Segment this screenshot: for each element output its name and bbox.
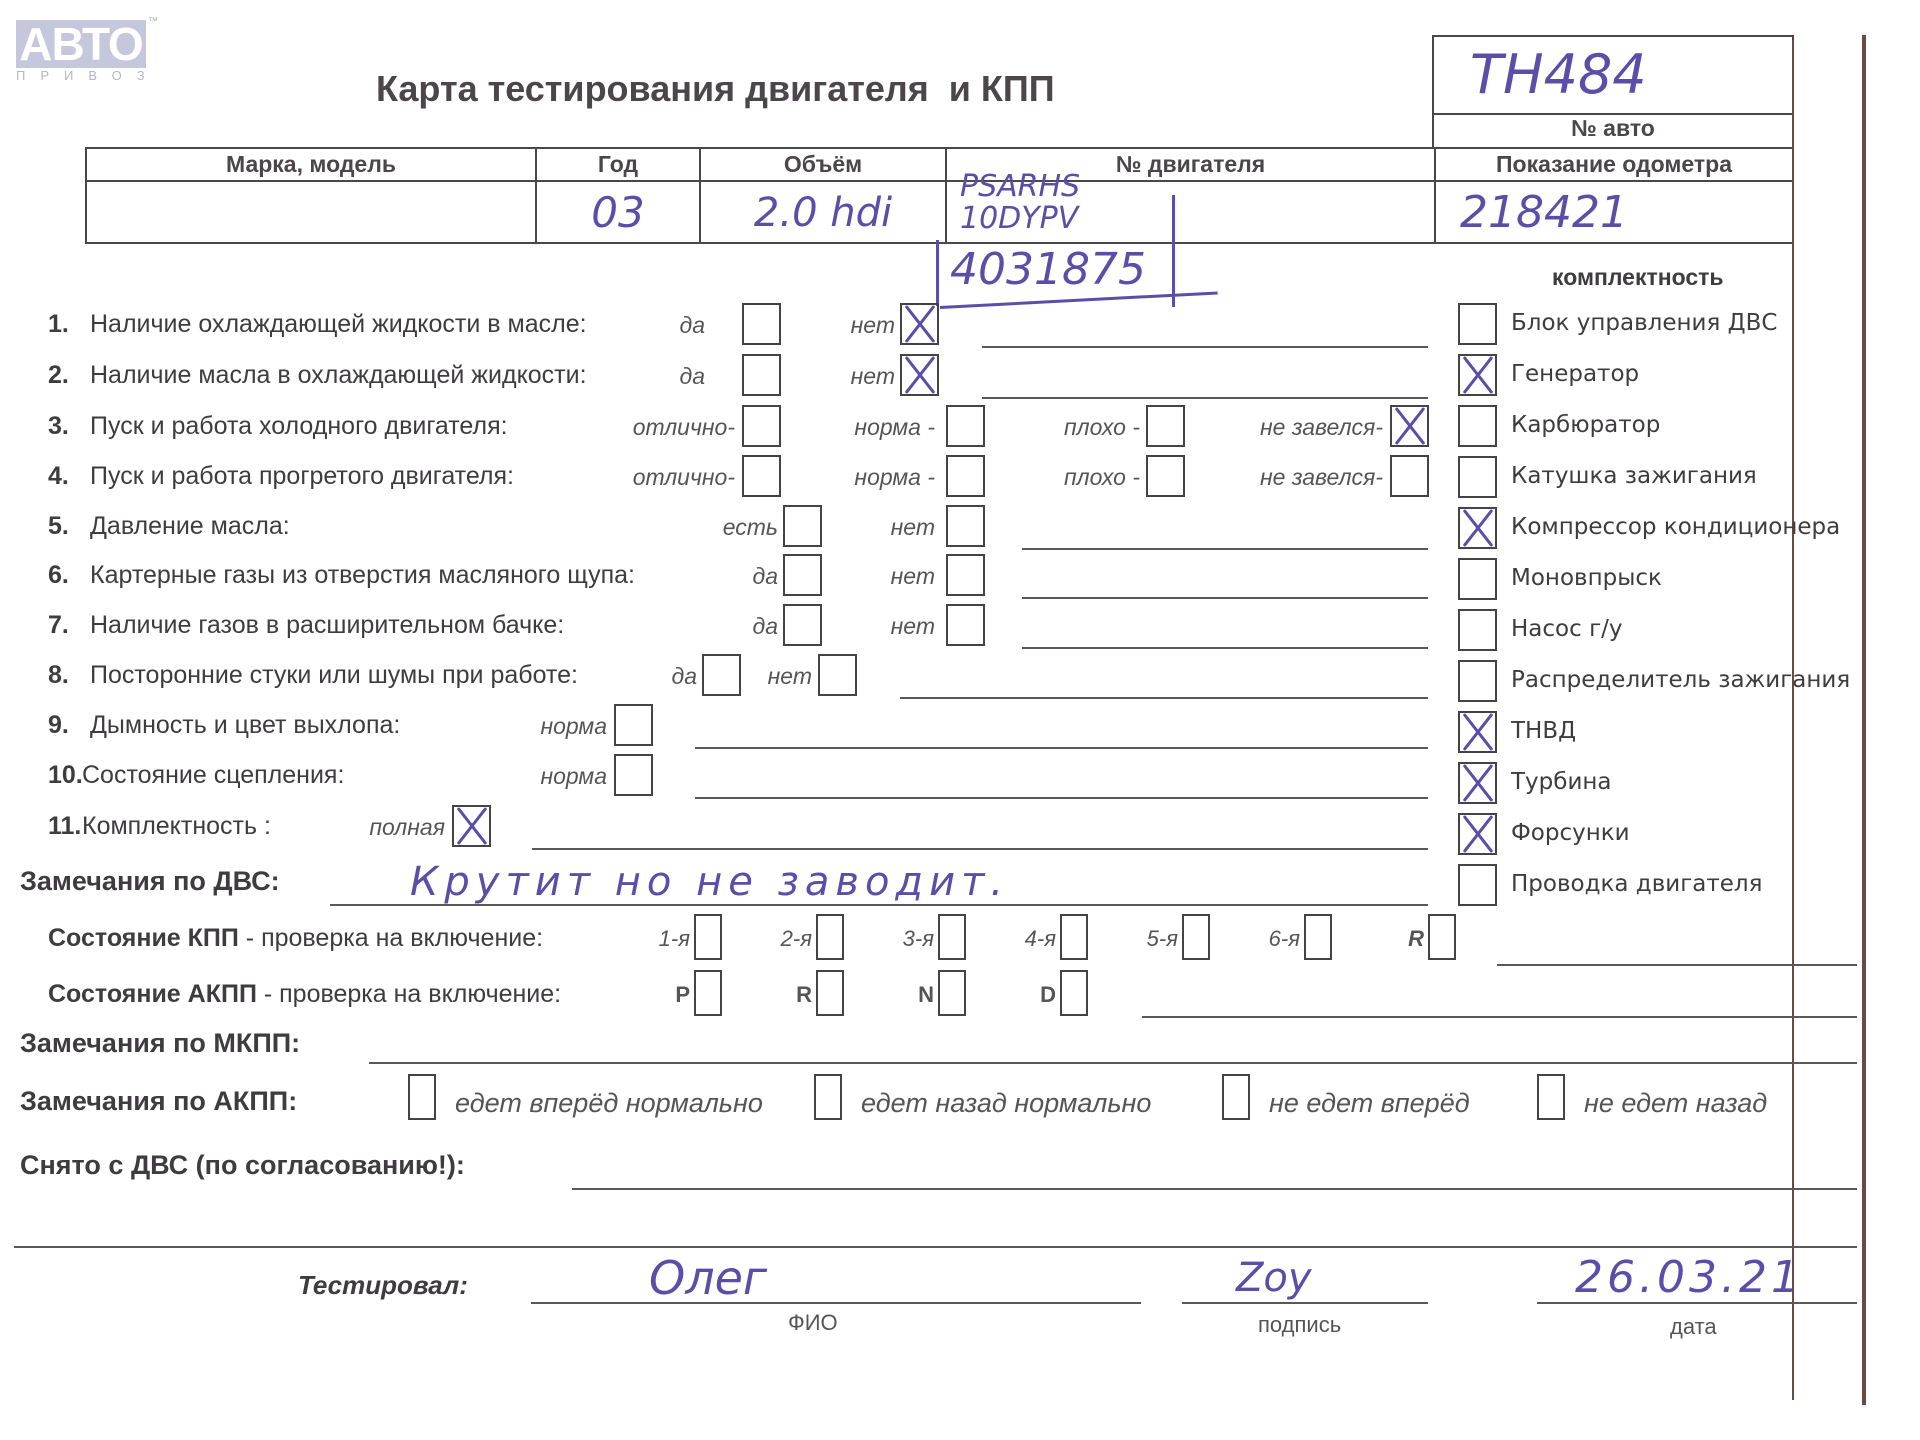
check-label: Картерные газы из отверстия масляного щу…	[90, 561, 635, 590]
gear-label: 6-я	[1244, 926, 1300, 952]
check-number: 3.	[48, 412, 69, 441]
check-label: Пуск и работа прогретого двигателя:	[90, 462, 514, 491]
check-label: Наличие масла в охлаждающей жидкости:	[90, 361, 587, 390]
gear-checkbox[interactable]	[694, 914, 722, 960]
check-option-label: плохо -	[980, 464, 1140, 491]
check-label: Состояние сцепления:	[82, 761, 344, 790]
gear-label: P	[634, 982, 690, 1008]
completeness-title: комплектность	[1552, 264, 1724, 291]
gear-checkbox[interactable]	[938, 970, 966, 1016]
check-option-label: да	[618, 563, 778, 590]
check-label: Посторонние стуки или шумы при работе:	[90, 661, 578, 690]
date-value: 26.03.21	[1537, 1254, 1857, 1302]
completeness-item-label: Блок управления ДВС	[1511, 310, 1777, 336]
gear-label: 1-я	[634, 926, 690, 952]
signature-field[interactable]: Zoy	[1182, 1254, 1428, 1304]
section-divider	[14, 1246, 1857, 1248]
car-number-label: № авто	[1432, 113, 1794, 149]
check-number: 7.	[48, 611, 69, 640]
margin-line-inner	[1792, 40, 1794, 1400]
engine-no-ink-right	[1172, 195, 1175, 307]
check-label: Дымность и цвет выхлопа:	[90, 711, 400, 740]
check-option-checkbox[interactable]	[946, 604, 985, 646]
completeness-item-label: Насос г/у	[1511, 616, 1623, 642]
gear-label: 5-я	[1122, 926, 1178, 952]
gear-label: D	[1000, 982, 1056, 1008]
akpp-option-checkbox[interactable]	[814, 1074, 842, 1120]
check-option-label: нет	[775, 563, 935, 590]
volume-field[interactable]: 2.0 hdi	[699, 180, 947, 244]
make-model-field[interactable]	[85, 180, 537, 244]
akpp-remarks-label: Замечания по АКПП:	[20, 1086, 297, 1117]
akpp-option-label: едет вперёд нормально	[455, 1088, 763, 1119]
gear-label: N	[878, 982, 934, 1008]
tester-name-value: Олег	[531, 1254, 1141, 1302]
check-number: 9.	[48, 711, 69, 740]
date-caption: дата	[1670, 1314, 1717, 1340]
car-number-value: ТН484	[1434, 37, 1792, 113]
check-label: Пуск и работа холодного двигателя:	[90, 412, 508, 441]
check-number: 4.	[48, 462, 69, 491]
check-option-label: да	[545, 363, 705, 390]
logo-subtitle: ПРИВОЗ	[16, 68, 160, 83]
engine-remarks-field[interactable]: Крутит но не заводит.	[330, 862, 1428, 906]
column-volume: Объём	[699, 147, 947, 182]
check-number: 10.	[48, 761, 83, 790]
mkpp-remarks-label: Замечания по МКПП:	[20, 1028, 300, 1059]
check-option-label: нет	[775, 613, 935, 640]
completeness-item-label: ТНВД	[1511, 718, 1576, 744]
completeness-item-label: Форсунки	[1511, 820, 1630, 846]
column-year: Год	[535, 147, 701, 182]
car-number-field[interactable]: ТН484	[1432, 35, 1794, 115]
check-notes-line[interactable]	[1022, 597, 1428, 599]
completeness-checkbox[interactable]	[1458, 405, 1497, 447]
completeness-checkbox[interactable]	[1458, 609, 1497, 651]
gear-checkbox[interactable]	[1428, 914, 1456, 960]
logo-trademark: ™	[148, 16, 158, 27]
gear-label: R	[756, 982, 812, 1008]
gear-checkbox[interactable]	[1060, 914, 1088, 960]
odometer-field[interactable]: 218421	[1434, 180, 1794, 244]
check-option-checkbox[interactable]	[614, 754, 653, 796]
odometer-value: 218421	[1436, 182, 1792, 244]
check-option-checkbox[interactable]	[452, 805, 491, 847]
check-label: Наличие охлаждающей жидкости в масле:	[90, 310, 587, 339]
gear-checkbox[interactable]	[694, 970, 722, 1016]
signature-caption: подпись	[1258, 1312, 1341, 1338]
check-number: 6.	[48, 561, 69, 590]
completeness-item-label: Генератор	[1511, 361, 1639, 387]
auto-gearbox-label-bold: Состояние АКПП	[48, 980, 257, 1008]
check-option-label: плохо -	[980, 414, 1140, 441]
completeness-checkbox[interactable]	[1458, 813, 1497, 855]
auto-gearbox-label-rest: - проверка на включение:	[257, 980, 561, 1008]
check-option-label: норма -	[775, 414, 935, 441]
check-option-label: да	[545, 312, 705, 339]
auto-gearbox-notes-line[interactable]	[1142, 1016, 1857, 1018]
check-option-label: нет	[652, 663, 812, 690]
check-option-label: не завелся-	[1223, 414, 1383, 441]
completeness-item-label: Катушка зажигания	[1511, 463, 1757, 489]
check-label: Давление масла:	[90, 512, 290, 541]
manual-gearbox-label-bold: Состояние КПП	[48, 924, 239, 952]
check-notes-line[interactable]	[695, 797, 1428, 799]
akpp-option-checkbox[interactable]	[1537, 1074, 1565, 1120]
volume-value: 2.0 hdi	[701, 182, 945, 244]
check-option-label: нет	[735, 363, 895, 390]
check-option-checkbox[interactable]	[1146, 405, 1185, 447]
manual-gearbox-notes-line[interactable]	[1497, 964, 1857, 966]
check-option-checkbox[interactable]	[614, 704, 653, 746]
signature-value: Zoy	[1182, 1254, 1428, 1302]
check-notes-line[interactable]	[695, 747, 1428, 749]
engine-remarks-label: Замечания по ДВС:	[20, 866, 280, 897]
column-odometer: Показание одометра	[1434, 147, 1794, 182]
removed-field[interactable]	[572, 1188, 1857, 1190]
check-number: 2.	[48, 361, 69, 390]
check-option-label: нет	[735, 312, 895, 339]
completeness-item-label: Турбина	[1511, 769, 1612, 795]
completeness-checkbox[interactable]	[1458, 762, 1497, 804]
gear-checkbox[interactable]	[938, 914, 966, 960]
check-option-label: норма	[447, 763, 607, 790]
akpp-option-checkbox[interactable]	[1222, 1074, 1250, 1120]
check-notes-line[interactable]	[1022, 548, 1428, 550]
auto-gearbox-label: Состояние АКПП - проверка на включение:	[48, 980, 561, 1009]
gear-label: R	[1368, 926, 1424, 952]
check-notes-line[interactable]	[900, 697, 1428, 699]
check-notes-line[interactable]	[982, 397, 1428, 399]
engine-remarks-value: Крутит но не заводит.	[330, 862, 1428, 902]
gear-label: 2-я	[756, 926, 812, 952]
check-option-checkbox[interactable]	[818, 654, 857, 696]
check-number: 5.	[48, 512, 69, 541]
completeness-item-label: Карбюратор	[1511, 412, 1660, 438]
check-option-checkbox[interactable]	[900, 354, 939, 396]
gear-checkbox[interactable]	[816, 970, 844, 1016]
gear-checkbox[interactable]	[1060, 970, 1088, 1016]
check-option-checkbox[interactable]	[1390, 405, 1429, 447]
page-title: Карта тестирования двигателя и КПП	[376, 68, 1055, 110]
check-option-label: норма -	[775, 464, 935, 491]
akpp-option-checkbox[interactable]	[408, 1074, 436, 1120]
check-label: Наличие газов в расширительном бачке:	[90, 611, 564, 640]
column-make-model: Марка, модель	[85, 147, 537, 182]
date-field[interactable]: 26.03.21	[1537, 1254, 1857, 1304]
check-notes-line[interactable]	[532, 848, 1428, 850]
completeness-item-label: Проводка двигателя	[1511, 871, 1762, 897]
removed-label: Снято с ДВС (по согласованию!):	[20, 1150, 465, 1181]
margin-line-outer	[1862, 35, 1866, 1405]
check-notes-line[interactable]	[1022, 647, 1428, 649]
completeness-item-label: Моновпрыск	[1511, 565, 1662, 591]
vehicle-header-table: Марка, модель Год Объём № двигателя Пока…	[85, 147, 1794, 244]
check-option-checkbox[interactable]	[1146, 455, 1185, 497]
gear-label: 4-я	[1000, 926, 1056, 952]
check-option-label: есть	[618, 514, 778, 541]
check-notes-line[interactable]	[982, 346, 1428, 348]
check-option-label: отлично-	[575, 414, 735, 441]
completeness-checkbox[interactable]	[1458, 660, 1497, 702]
completeness-checkbox[interactable]	[1458, 354, 1497, 396]
check-label: Комплектность :	[82, 812, 271, 841]
completeness-checkbox[interactable]	[1458, 303, 1497, 345]
manual-gearbox-label: Состояние КПП - проверка на включение:	[48, 924, 543, 953]
check-option-label: норма	[447, 713, 607, 740]
engine-no-line-2: 10DYPV	[960, 204, 1078, 234]
year-field[interactable]: 03	[535, 180, 701, 244]
check-option-label: полная	[285, 814, 445, 841]
manual-gearbox-label-rest: - проверка на включение:	[239, 924, 543, 952]
completeness-checkbox[interactable]	[1458, 711, 1497, 753]
akpp-option-label: не едет вперёд	[1269, 1088, 1470, 1119]
check-option-label: не завелся-	[1223, 464, 1383, 491]
completeness-checkbox[interactable]	[1458, 456, 1497, 498]
check-option-checkbox[interactable]	[946, 505, 985, 547]
tester-name-caption: ФИО	[788, 1310, 838, 1336]
check-number: 8.	[48, 661, 69, 690]
tester-name-field[interactable]: Олег	[531, 1254, 1141, 1304]
completeness-checkbox[interactable]	[1458, 507, 1497, 549]
check-option-checkbox[interactable]	[946, 554, 985, 596]
akpp-option-label: не едет назад	[1584, 1088, 1767, 1119]
check-option-checkbox[interactable]	[900, 303, 939, 345]
year-value: 03	[537, 182, 699, 244]
gear-checkbox[interactable]	[1182, 914, 1210, 960]
engine-no-ink-left	[936, 240, 939, 306]
check-option-checkbox[interactable]	[1390, 455, 1429, 497]
completeness-item-label: Распределитель зажигания	[1511, 667, 1850, 693]
engine-no-line-3: 4031875	[950, 248, 1146, 292]
check-number: 11.	[48, 812, 81, 841]
mkpp-remarks-field[interactable]	[369, 1062, 1857, 1064]
completeness-checkbox[interactable]	[1458, 864, 1497, 906]
check-option-label: отлично-	[575, 464, 735, 491]
completeness-item-label: Компрессор кондиционера	[1511, 514, 1840, 540]
gear-checkbox[interactable]	[816, 914, 844, 960]
engine-no-line-1: PSARHS	[960, 172, 1080, 202]
gear-checkbox[interactable]	[1304, 914, 1332, 960]
gear-label: 3-я	[878, 926, 934, 952]
completeness-checkbox[interactable]	[1458, 558, 1497, 600]
logo-brand: АВТО	[16, 20, 146, 68]
tested-by-label: Тестировал:	[298, 1270, 468, 1301]
akpp-option-label: едет назад нормально	[861, 1088, 1151, 1119]
check-number: 1.	[48, 310, 69, 339]
check-option-label: да	[618, 613, 778, 640]
check-option-label: нет	[775, 514, 935, 541]
